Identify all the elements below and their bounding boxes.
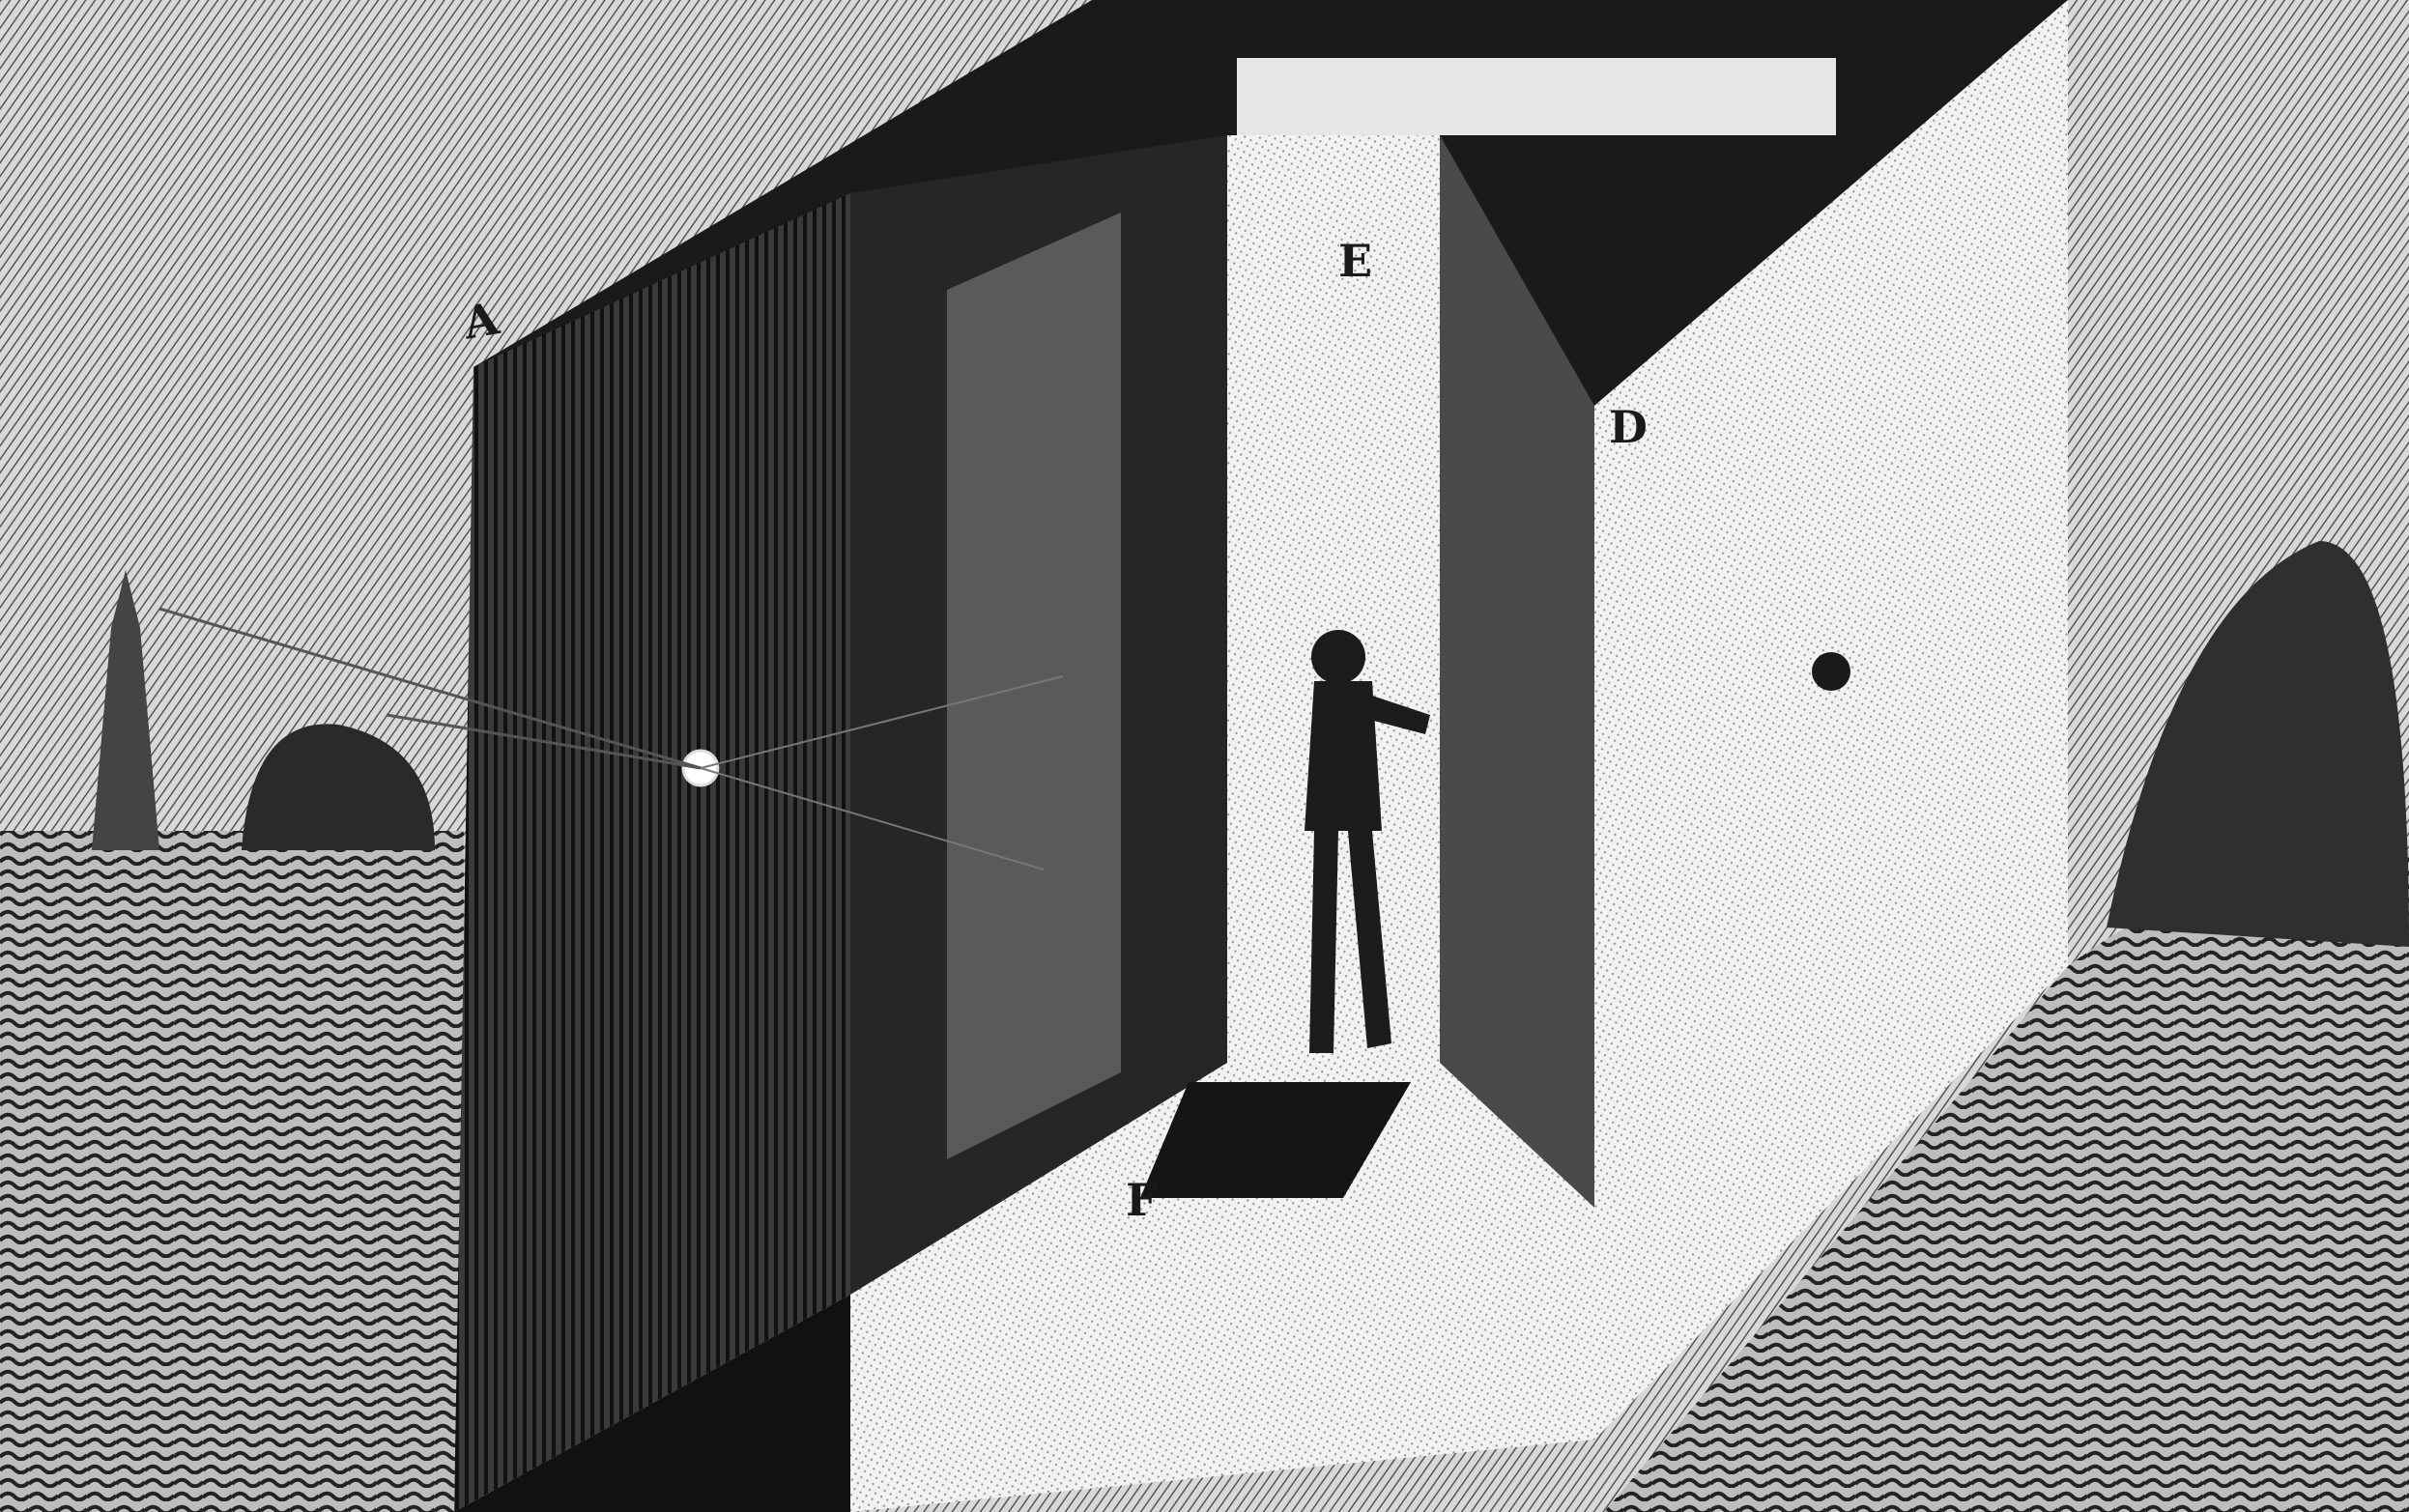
left-landscape [0, 831, 464, 1512]
left-outer-wall [454, 193, 850, 1512]
label-d: D [1609, 401, 1648, 453]
ceiling-opening [1237, 58, 1836, 135]
camera-obscura-engraving [0, 0, 2409, 1512]
pinhole-right [1812, 652, 1850, 691]
label-f: F [1126, 1174, 1158, 1226]
projection-screen [947, 213, 1121, 1159]
label-e: E [1338, 235, 1372, 287]
